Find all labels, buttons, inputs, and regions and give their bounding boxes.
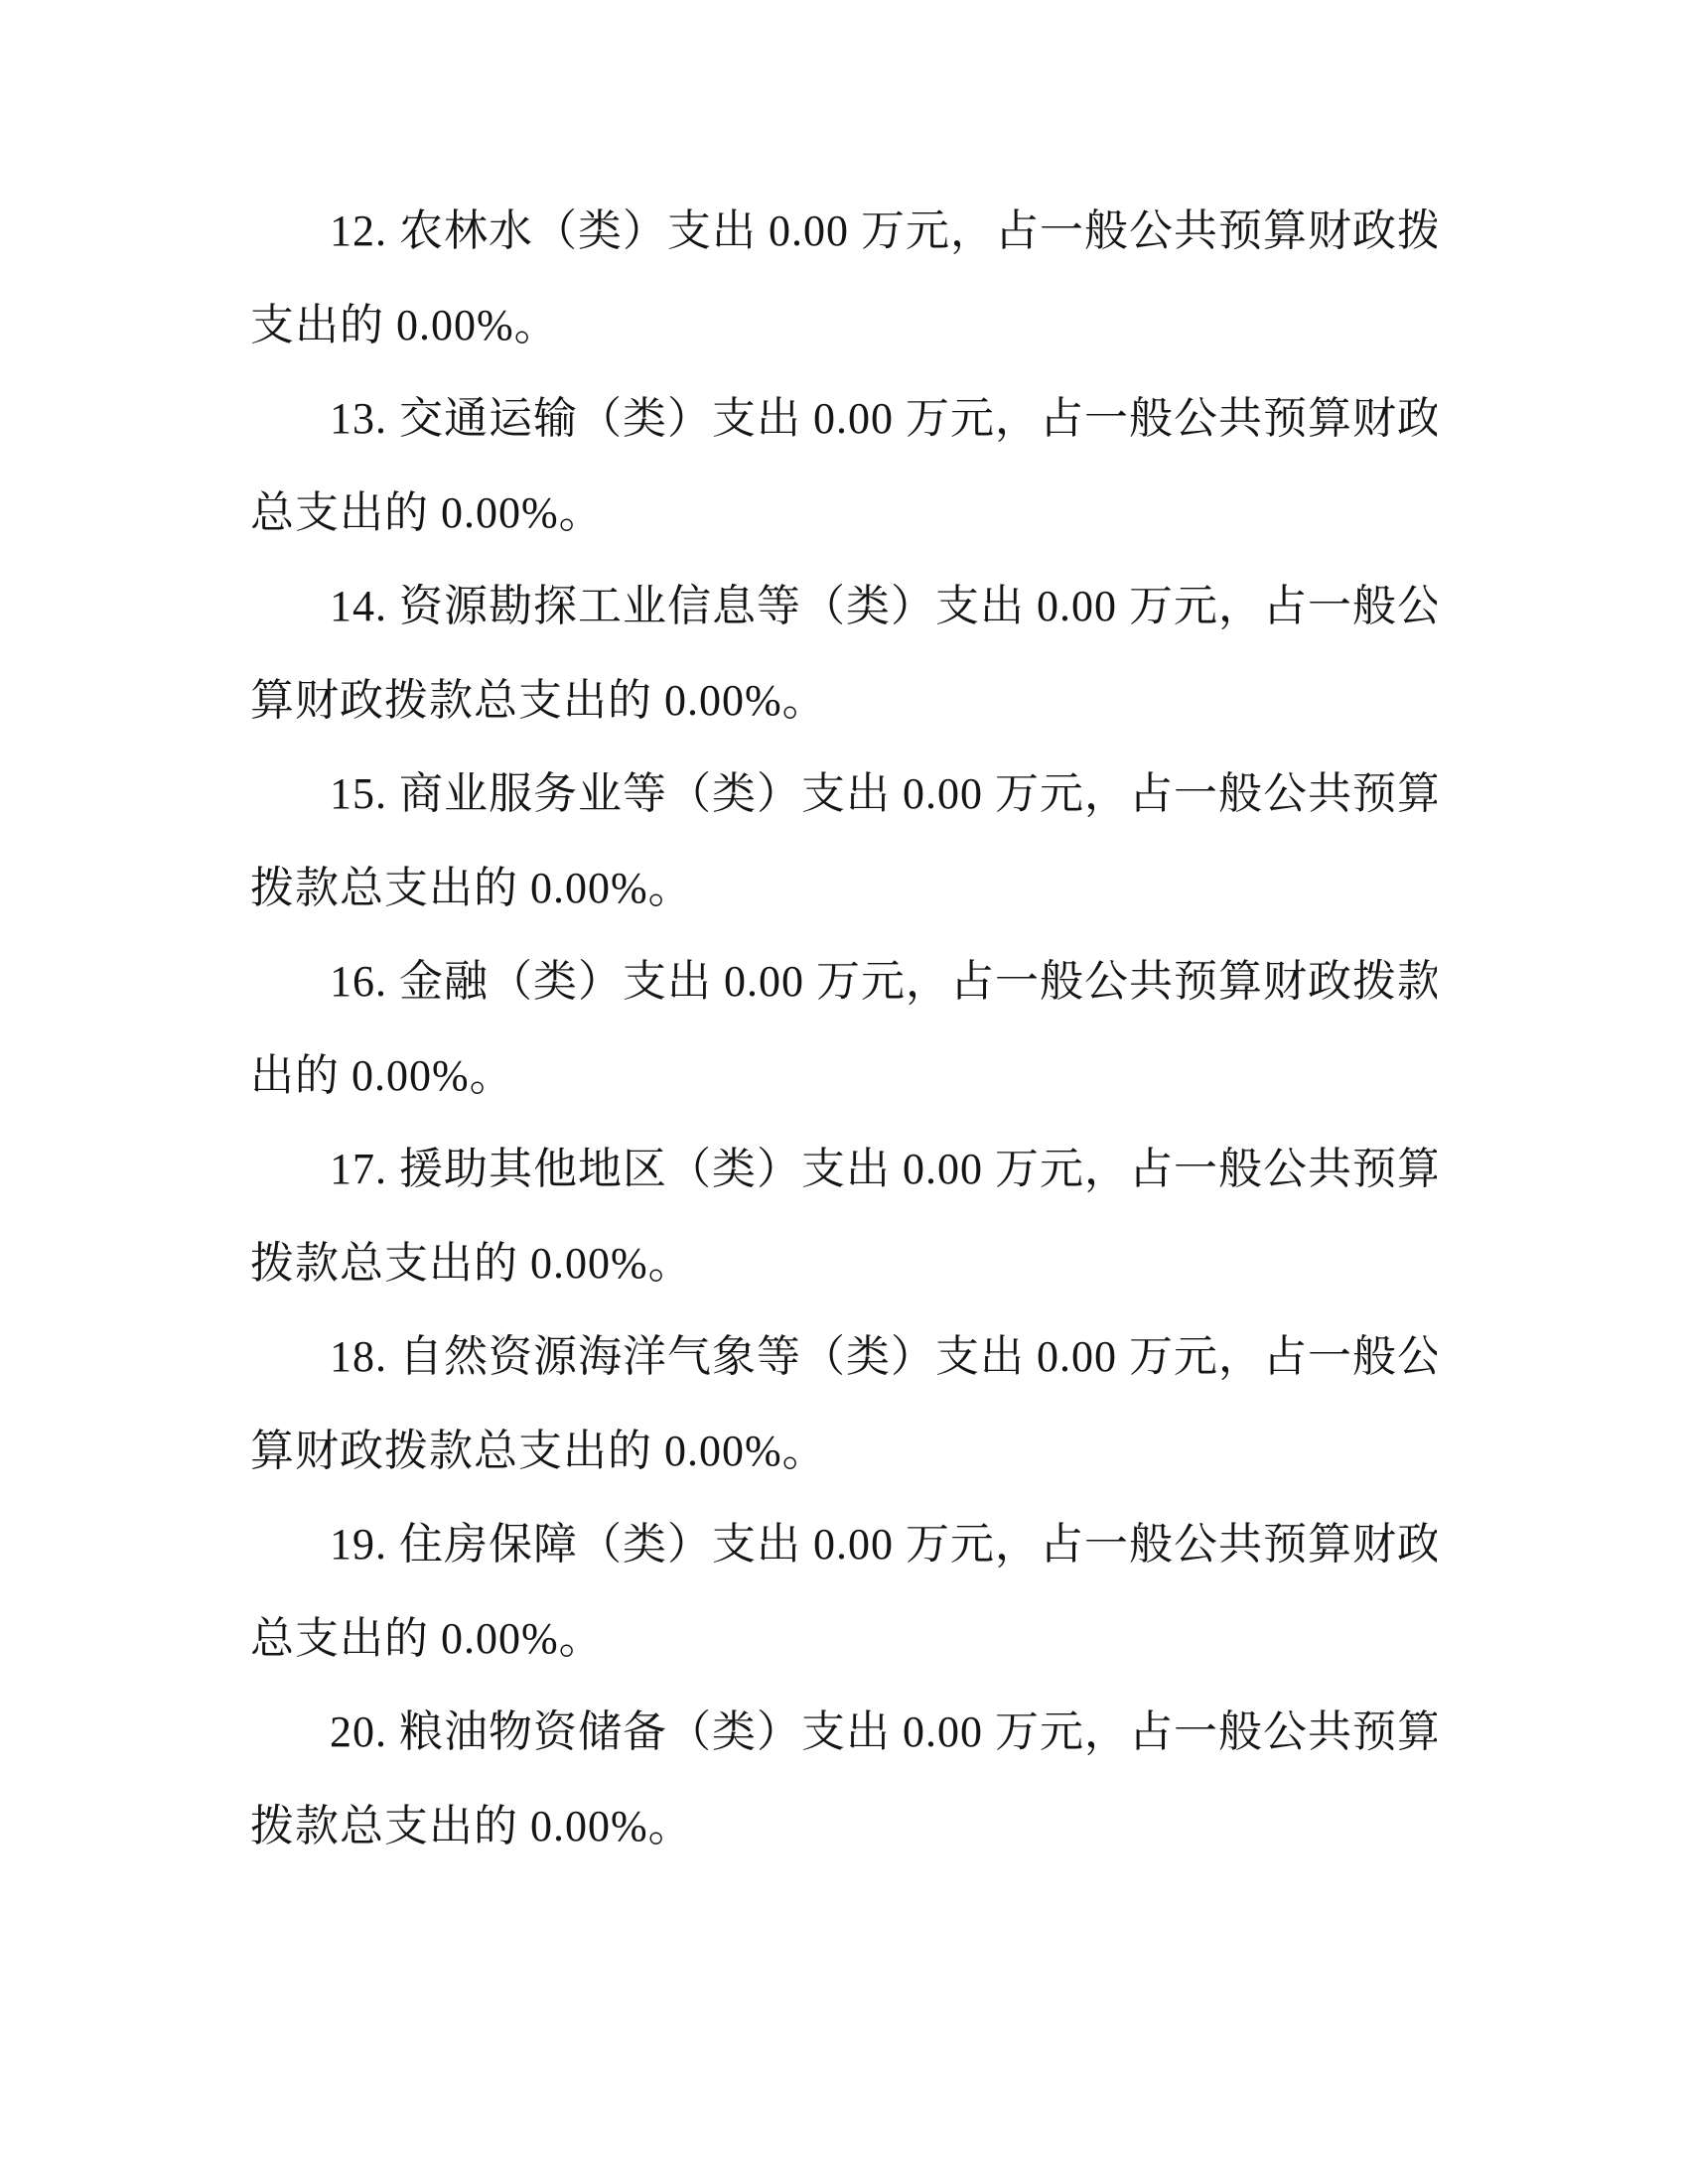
document-body: 12. 农林水（类）支出 0.00 万元，占一般公共预算财政拨款总 支出的 0.… <box>250 185 1437 1873</box>
paragraph-12: 12. 农林水（类）支出 0.00 万元，占一般公共预算财政拨款总 支出的 0.… <box>250 185 1437 372</box>
paragraph-line: 支出的 0.00%。 <box>250 279 1437 373</box>
paragraph-line: 15. 商业服务业等（类）支出 0.00 万元，占一般公共预算财政 <box>250 748 1437 842</box>
paragraph-line: 14. 资源勘探工业信息等（类）支出 0.00 万元，占一般公共预 <box>250 560 1437 654</box>
paragraph-line: 总支出的 0.00%。 <box>250 1592 1437 1687</box>
paragraph-19: 19. 住房保障（类）支出 0.00 万元，占一般公共预算财政拨款 总支出的 0… <box>250 1498 1437 1686</box>
paragraph-line: 12. 农林水（类）支出 0.00 万元，占一般公共预算财政拨款总 <box>250 185 1437 279</box>
paragraph-16: 16. 金融（类）支出 0.00 万元，占一般公共预算财政拨款总支 出的 0.0… <box>250 935 1437 1123</box>
paragraph-17: 17. 援助其他地区（类）支出 0.00 万元，占一般公共预算财政 拨款总支出的… <box>250 1123 1437 1310</box>
paragraph-18: 18. 自然资源海洋气象等（类）支出 0.00 万元，占一般公共预 算财政拨款总… <box>250 1310 1437 1498</box>
paragraph-line: 20. 粮油物资储备（类）支出 0.00 万元，占一般公共预算财政 <box>250 1686 1437 1780</box>
document-page: 12. 农林水（类）支出 0.00 万元，占一般公共预算财政拨款总 支出的 0.… <box>0 0 1688 2184</box>
paragraph-line: 拨款总支出的 0.00%。 <box>250 1217 1437 1311</box>
paragraph-line: 算财政拨款总支出的 0.00%。 <box>250 654 1437 749</box>
paragraph-line: 算财政拨款总支出的 0.00%。 <box>250 1405 1437 1499</box>
paragraph-line: 16. 金融（类）支出 0.00 万元，占一般公共预算财政拨款总支 <box>250 935 1437 1029</box>
paragraph-line: 出的 0.00%。 <box>250 1029 1437 1124</box>
paragraph-line: 拨款总支出的 0.00%。 <box>250 1780 1437 1874</box>
paragraph-line: 拨款总支出的 0.00%。 <box>250 842 1437 936</box>
paragraph-line: 18. 自然资源海洋气象等（类）支出 0.00 万元，占一般公共预 <box>250 1310 1437 1405</box>
paragraph-15: 15. 商业服务业等（类）支出 0.00 万元，占一般公共预算财政 拨款总支出的… <box>250 748 1437 935</box>
paragraph-line: 总支出的 0.00%。 <box>250 467 1437 561</box>
paragraph-13: 13. 交通运输（类）支出 0.00 万元，占一般公共预算财政拨款 总支出的 0… <box>250 372 1437 560</box>
paragraph-20: 20. 粮油物资储备（类）支出 0.00 万元，占一般公共预算财政 拨款总支出的… <box>250 1686 1437 1873</box>
paragraph-line: 13. 交通运输（类）支出 0.00 万元，占一般公共预算财政拨款 <box>250 372 1437 467</box>
paragraph-14: 14. 资源勘探工业信息等（类）支出 0.00 万元，占一般公共预 算财政拨款总… <box>250 560 1437 748</box>
paragraph-line: 17. 援助其他地区（类）支出 0.00 万元，占一般公共预算财政 <box>250 1123 1437 1217</box>
paragraph-line: 19. 住房保障（类）支出 0.00 万元，占一般公共预算财政拨款 <box>250 1498 1437 1592</box>
